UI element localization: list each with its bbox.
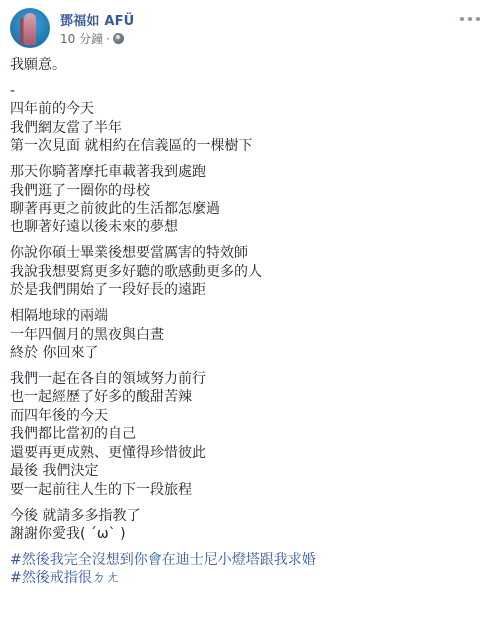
text-line: 而四年後的今天 — [10, 407, 480, 425]
text-line: 最後 我們決定 — [10, 462, 480, 480]
text-line: 那天你騎著摩托車載著我到處跑 — [10, 163, 480, 181]
text-line: 也聊著好遠以後未來的夢想 — [10, 218, 480, 236]
text-line: 你說你碩士畢業後想要當厲害的特效師 — [10, 244, 480, 262]
hashtag-link[interactable]: #然後我完全沒想到你會在迪士尼小燈塔跟我求婚 — [10, 551, 480, 569]
paragraph: 今後 就請多多指教了 謝謝你愛我( ´ω` ) — [10, 507, 480, 544]
more-dot-icon — [460, 17, 464, 21]
paragraph: 你說你碩士畢業後想要當厲害的特效師 我說我想要寫更多好聽的歌感動更多的人 於是我… — [10, 244, 480, 299]
paragraph: 我願意。 — [10, 56, 480, 74]
post-meta: 10 分鐘 · — [60, 30, 124, 47]
text-line: 相隔地球的兩端 — [10, 307, 480, 325]
meta-separator: · — [106, 32, 110, 46]
post-body: 我願意。 - 四年前的今天 我們網友當了半年 第一次見面 就相約在信義區的一棵樹… — [10, 56, 480, 588]
text-line: 於是我們開始了一段好長的遠距 — [10, 281, 480, 299]
text-line: 我們逛了一圈你的母校 — [10, 182, 480, 200]
text-line: 終於 你回來了 — [10, 344, 480, 362]
text-line: 一年四個月的黑夜與白晝 — [10, 326, 480, 344]
text-line: 我願意。 — [10, 56, 480, 74]
text-line: 也一起經歷了好多的酸甜苦辣 — [10, 388, 480, 406]
avatar[interactable] — [10, 8, 50, 48]
text-line: - — [10, 82, 480, 100]
author-name[interactable]: 鄧福如 AFÜ — [60, 10, 134, 29]
post-header: 鄧福如 AFÜ 10 分鐘 · — [10, 8, 484, 48]
globe-icon[interactable] — [113, 33, 124, 44]
hashtag-link[interactable]: #然後戒指很ㄉㄤ — [10, 569, 480, 587]
text-line: 我們網友當了半年 — [10, 119, 480, 137]
more-dot-icon — [468, 17, 472, 21]
paragraph: - 四年前的今天 我們網友當了半年 第一次見面 就相約在信義區的一棵樹下 — [10, 82, 480, 156]
text-line: 我說我想要寫更多好聽的歌感動更多的人 — [10, 263, 480, 281]
post-timestamp[interactable]: 10 分鐘 — [60, 30, 103, 47]
more-options-button[interactable] — [460, 14, 480, 24]
text-line: 還要再更成熟、更懂得珍惜彼此 — [10, 444, 480, 462]
text-line: 聊著再更之前彼此的生活都怎麼過 — [10, 200, 480, 218]
facebook-post: 鄧福如 AFÜ 10 分鐘 · 我願意。 - 四年前的今天 我們網友當了半年 第… — [0, 0, 494, 623]
paragraph: 那天你騎著摩托車載著我到處跑 我們逛了一圈你的母校 聊著再更之前彼此的生活都怎麼… — [10, 163, 480, 237]
text-line: 我們都比當初的自己 — [10, 425, 480, 443]
text-line: 謝謝你愛我( ´ω` ) — [10, 525, 480, 543]
paragraph: 我們一起在各自的領域努力前行 也一起經歷了好多的酸甜苦辣 而四年後的今天 我們都… — [10, 370, 480, 499]
text-line: 今後 就請多多指教了 — [10, 507, 480, 525]
avatar-figure-graphic — [24, 13, 36, 45]
text-line: 第一次見面 就相約在信義區的一棵樹下 — [10, 137, 480, 155]
text-line: 我們一起在各自的領域努力前行 — [10, 370, 480, 388]
avatar-microphone-graphic — [20, 18, 23, 44]
text-line: 四年前的今天 — [10, 100, 480, 118]
paragraph: 相隔地球的兩端 一年四個月的黑夜與白晝 終於 你回來了 — [10, 307, 480, 362]
more-dot-icon — [476, 17, 480, 21]
hashtag-list: #然後我完全沒想到你會在迪士尼小燈塔跟我求婚 #然後戒指很ㄉㄤ — [10, 551, 480, 588]
text-line: 要一起前往人生的下一段旅程 — [10, 481, 480, 499]
